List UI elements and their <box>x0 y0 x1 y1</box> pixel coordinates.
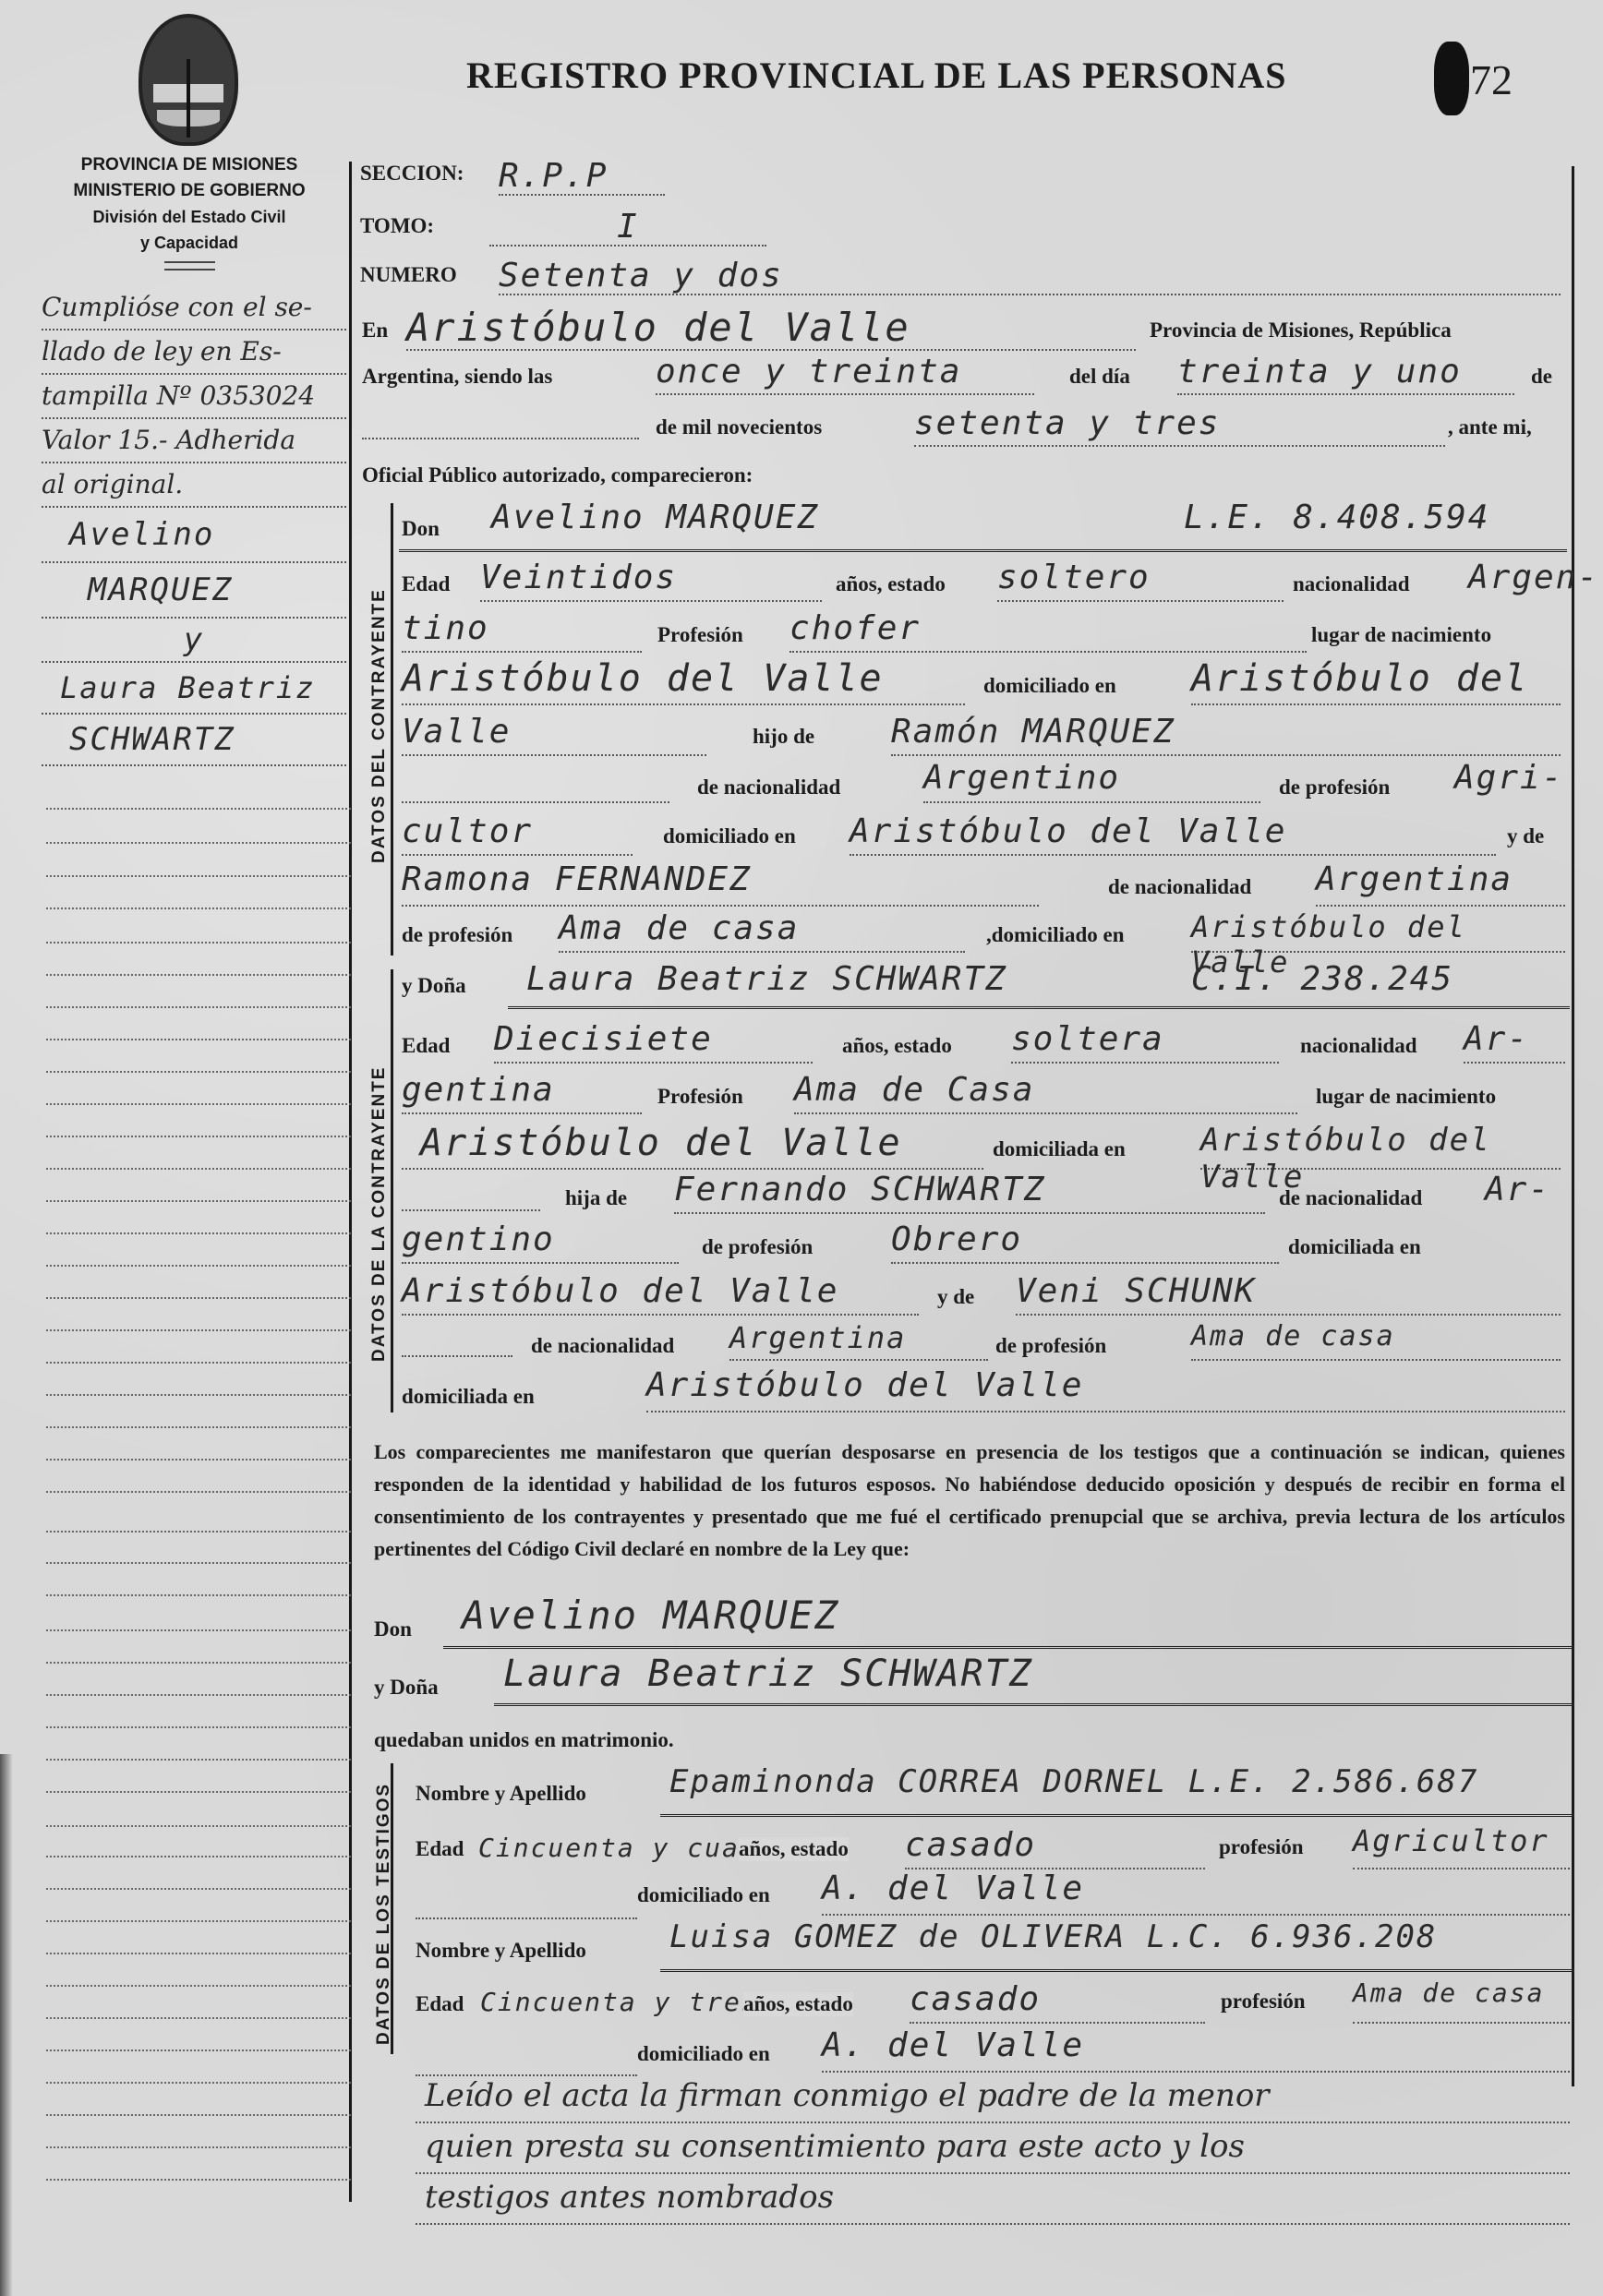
witness-2-estado-value: casado <box>910 1980 1041 2018</box>
margin-note-line: al original. <box>42 463 346 508</box>
contrayenta-padre-prof-value: Obrero <box>891 1220 1022 1258</box>
contrayenta-lugar-nac-field[interactable]: Aristóbulo del Valle <box>402 1122 983 1170</box>
witness-1-profesion-field[interactable]: Agricultor <box>1353 1823 1570 1869</box>
witness-profesion-label-2: profesión <box>1221 1989 1306 2014</box>
y-de-label-2: y de <box>937 1285 974 1309</box>
numero-value: Setenta y dos <box>499 257 783 295</box>
padre-blank <box>402 766 669 803</box>
dia-field[interactable]: treinta y uno <box>1177 353 1514 395</box>
note-line-1-text: Leído el acta la firman conmigo el padre… <box>416 2077 1270 2114</box>
hora-field[interactable]: once y treinta <box>656 353 1034 395</box>
margin-name-line: Avelino <box>42 508 346 563</box>
note-line-2-text: quien presta su consentimiento para este… <box>416 2128 1245 2165</box>
declaration-don-field[interactable]: Avelino MARQUEZ <box>443 1593 1574 1649</box>
witness-1-estado-value: casado <box>905 1826 1036 1864</box>
org-division: División del Estado Civil <box>37 204 342 230</box>
witness-2-estado-field[interactable]: casado <box>910 1980 1205 2024</box>
contrayente-edad-field[interactable]: Veintidos <box>480 559 822 602</box>
witness-dom-label: domiciliado en <box>637 1883 770 1907</box>
witness-2-domicilio-field[interactable]: A. del Valle <box>822 2026 1570 2073</box>
contrayenta-nacionalidad-b[interactable]: gentina <box>402 1071 642 1114</box>
contrayenta-madre-nac-value: Argentina <box>729 1320 906 1355</box>
contrayenta-madre-dom-value: Aristóbulo del Valle <box>646 1366 1083 1404</box>
contrayenta-madre-field[interactable]: Veni SCHUNK <box>1016 1272 1561 1316</box>
declaration-dona-value: Laura Beatriz SCHWARTZ <box>494 1653 1033 1695</box>
contrayenta-padre-value: Fernando SCHWARTZ <box>674 1171 1045 1208</box>
seccion-value: R.P.P <box>499 157 608 195</box>
domiciliada-label: domiciliada en <box>993 1137 1126 1161</box>
nacionalidad-label: nacionalidad <box>1293 572 1410 596</box>
padre-prof-a[interactable]: Agri- <box>1454 759 1563 797</box>
document-title: REGISTRO PROVINCIAL DE LAS PERSONAS <box>466 54 1287 97</box>
anios-estado-label-2: años, estado <box>842 1034 952 1058</box>
contrayenta-padre-field[interactable]: Fernando SCHWARTZ <box>674 1171 1265 1214</box>
lugar-field[interactable]: Aristóbulo del Valle <box>406 305 1136 351</box>
contrayente-nombre-field[interactable]: Avelino MARQUEZ L.E. 8.408.594 <box>399 499 1567 552</box>
contrayenta-padre-nac-a[interactable]: Ar- <box>1485 1171 1550 1208</box>
contrayenta-nombre-value: Laura Beatriz SCHWARTZ <box>526 960 1007 998</box>
note-line-3-text: testigos antes nombrados <box>416 2179 834 2216</box>
org-block: PROVINCIA DE MISIONES MINISTERIO DE GOBI… <box>37 152 342 270</box>
nacionalidad-b-value-2: gentina <box>402 1071 555 1109</box>
witness-2-nombre-value: Luisa GOMEZ de OLIVERA L.C. 6.936.208 <box>660 1918 1437 1955</box>
margin-blank-line <box>46 1168 351 1170</box>
anio-field[interactable]: setenta y tres <box>914 404 1445 447</box>
margin-blank-line <box>46 1426 351 1428</box>
margin-note-line: tampilla Nº 0353024 <box>42 375 346 419</box>
contrayenta-madre-value: Veni SCHUNK <box>1016 1272 1256 1310</box>
padre-nac-b-value: gentino <box>402 1220 555 1258</box>
contrayenta-section-label: DATOS DE LA CONTRAYENTE <box>369 1066 390 1362</box>
witness-nombre-label: Nombre y Apellido <box>416 1782 586 1806</box>
contrayenta-estado-field[interactable]: soltera <box>1011 1020 1279 1064</box>
hija-blank <box>402 1182 540 1211</box>
margin-blank-line <box>46 1200 351 1202</box>
numero-label: NUMERO <box>360 263 457 287</box>
madre-nac-value: Argentina <box>1316 860 1513 898</box>
margin-blank-line <box>46 1726 351 1728</box>
mil-label: de mil novecientos <box>656 415 822 439</box>
margin-blank-line <box>46 1825 351 1827</box>
lugar-value: Aristóbulo del Valle <box>406 305 910 350</box>
margin-blank-line <box>46 1362 351 1364</box>
edad-label-2: Edad <box>402 1034 450 1058</box>
contrayenta-madre-dom-field[interactable]: Aristóbulo del Valle <box>646 1366 1565 1412</box>
main-left-border <box>349 162 352 2202</box>
padre-nac-label: de nacionalidad <box>697 775 840 799</box>
padre-dom-label-2: domiciliada en <box>1288 1235 1421 1259</box>
declaration-don-value: Avelino MARQUEZ <box>443 1593 839 1638</box>
margin-blank-line <box>46 942 351 944</box>
madre-value: Ramona FERNANDEZ <box>402 860 752 898</box>
dia-value: treinta y uno <box>1177 353 1462 391</box>
witness-2-edad-field[interactable]: Cincuenta y tres <box>480 1987 759 2017</box>
contrayenta-lugar-nac-value: Aristóbulo del Valle <box>402 1122 902 1164</box>
witness-anios-estado-label: años, estado <box>739 1837 849 1861</box>
seccion-field[interactable]: R.P.P <box>499 157 665 196</box>
contrayenta-padre-nac-b[interactable]: gentino <box>402 1220 679 1264</box>
witness-1-profesion-value: Agricultor <box>1353 1823 1549 1858</box>
margin-blank-line <box>46 2179 351 2181</box>
margin-blank-line <box>46 1039 351 1040</box>
margin-blank-line <box>46 1006 351 1008</box>
margin-blank-line <box>46 2082 351 2084</box>
contrayente-nacionalidad-b[interactable]: tino <box>402 609 642 653</box>
margin-blank-line <box>46 1491 351 1493</box>
madre-prof-value: Ama de casa <box>559 909 799 947</box>
hija-label: hija de <box>565 1186 627 1210</box>
margin-blank-line <box>46 1329 351 1331</box>
witness-1-estado-field[interactable]: casado <box>905 1826 1205 1869</box>
madre-blank <box>402 1329 512 1357</box>
contrayenta-padre-dom-field[interactable]: Aristóbulo del Valle <box>402 1272 919 1316</box>
contrayente-edad-value: Veintidos <box>480 559 677 596</box>
de-label: de <box>1531 365 1552 389</box>
witness-anios-estado-label-2: años, estado <box>743 1992 853 2016</box>
padre-nac-field[interactable]: Argentino <box>923 759 1260 803</box>
declaration-dona-label: y Doña <box>374 1676 439 1700</box>
contrayenta-domicilio-field[interactable]: Aristóbulo del Valle <box>1200 1122 1561 1170</box>
margin-name-line: MARQUEZ <box>42 563 346 619</box>
declaration-don-label: Don <box>374 1617 412 1641</box>
declaration-closing: quedaban unidos en matrimonio. <box>374 1728 674 1752</box>
declaration-paragraph: Los comparecientes me manifestaron que q… <box>374 1436 1565 1565</box>
madre-dom-label-2: domiciliada en <box>402 1385 535 1409</box>
margin-blank-line <box>46 1232 351 1234</box>
margin-blank-line <box>46 1888 351 1890</box>
padre-nac-value: Argentino <box>923 759 1120 797</box>
witness-nombre-label-2: Nombre y Apellido <box>416 1939 586 1963</box>
profesion-label-2: Profesión <box>657 1085 743 1109</box>
profesion-label: Profesión <box>657 623 743 647</box>
argentina-text: Argentina, siendo las <box>362 365 552 389</box>
edad-label: Edad <box>402 572 450 596</box>
dona-label: y Doña <box>402 974 466 998</box>
margin-blank-line <box>46 1985 351 1987</box>
margin-blank-line <box>46 974 351 976</box>
padre-dom-value: Aristóbulo del Valle <box>850 812 1286 850</box>
margin-blank-line <box>46 808 351 810</box>
org-ministry: MINISTERIO DE GOBIERNO <box>37 178 342 204</box>
note-line-2[interactable]: quien presta su consentimiento para este… <box>416 2128 1570 2174</box>
padre-nac-label-2: de nacionalidad <box>1279 1186 1422 1210</box>
margin-blank-line <box>46 2017 351 2019</box>
margin-blank-line <box>46 1953 351 1954</box>
lugar-nacimiento-label: lugar de nacimiento <box>1311 623 1491 647</box>
margin-blank-line <box>46 842 351 844</box>
contrayenta-edad-value: Diecisiete <box>494 1020 713 1058</box>
margin-blank-line <box>46 1856 351 1857</box>
nacionalidad-label-2: nacionalidad <box>1300 1034 1417 1058</box>
margin-note: Cumplióse con el se- llado de ley en Es-… <box>42 286 346 766</box>
margin-blank-line <box>46 1459 351 1461</box>
witness-1-domicilio-value: A. del Valle <box>822 1869 1084 1907</box>
mes-field[interactable] <box>362 406 639 439</box>
contrayente-lugar-nac-value: Aristóbulo del Valle <box>402 657 884 700</box>
contrayente-lugar-nac-field[interactable]: Aristóbulo del Valle <box>402 657 965 705</box>
witness-edad-label: Edad <box>416 1837 464 1861</box>
numero-field[interactable]: Setenta y dos <box>499 257 1561 295</box>
anio-value: setenta y tres <box>914 404 1220 442</box>
page-edge-shadow <box>0 1754 13 2296</box>
margin-blank-line <box>46 1297 351 1299</box>
witness-2-profesion-field[interactable]: Ama de casa <box>1353 1977 1570 2024</box>
witness-1-blank <box>416 1897 637 1919</box>
hijo-label: hijo de <box>753 725 814 749</box>
domiciliado-label: domiciliado en <box>983 674 1116 698</box>
margin-blank-line <box>46 1662 351 1664</box>
contrayente-estado-field[interactable]: soltero <box>997 559 1284 602</box>
contrayente-domicilio-a[interactable]: Aristóbulo del <box>1191 657 1561 705</box>
margin-blank-line <box>46 1103 351 1105</box>
contrayenta-profesion-value: Ama de Casa <box>794 1071 1034 1109</box>
margin-blank-line <box>46 1629 351 1631</box>
contrayenta-madre-nac-field[interactable]: Argentina <box>729 1320 988 1361</box>
madre-nac-label: de nacionalidad <box>1108 875 1251 899</box>
margin-blank-line <box>46 2114 351 2116</box>
contrayente-border <box>391 503 393 956</box>
contrayente-documento-value: L.E. 8.408.594 <box>1184 499 1489 536</box>
contrayente-profesion-field[interactable]: chofer <box>789 609 1307 653</box>
contrayente-profesion-value: chofer <box>789 609 921 647</box>
en-label: En <box>362 319 388 343</box>
margin-blank-line <box>46 908 351 909</box>
witness-2-domicilio-value: A. del Valle <box>822 2026 1084 2064</box>
contrayenta-documento-value: C.I. 238.245 <box>1191 960 1453 998</box>
declaration-dona-field[interactable]: Laura Beatriz SCHWARTZ <box>494 1653 1574 1706</box>
margin-blank-line <box>46 1531 351 1533</box>
tomo-field[interactable]: I <box>489 208 766 246</box>
del-dia-label: del día <box>1069 365 1130 389</box>
anios-estado-label: años, estado <box>836 572 946 596</box>
witness-edad-label-2: Edad <box>416 1992 464 2016</box>
tomo-label: TOMO: <box>360 214 434 238</box>
margin-blank-line <box>46 1791 351 1793</box>
margin-note-line: Valor 15.- Adherida <box>42 419 346 463</box>
witness-2-nombre-field[interactable]: Luisa GOMEZ de OLIVERA L.C. 6.936.208 <box>660 1918 1574 1972</box>
y-de-label: y de <box>1507 824 1544 848</box>
witness-2-blank <box>416 2054 637 2076</box>
contrayenta-profesion-field[interactable]: Ama de Casa <box>794 1071 1297 1114</box>
madre-nac-label-2: de nacionalidad <box>531 1334 674 1358</box>
contrayente-domicilio-b[interactable]: Valle <box>402 713 706 756</box>
domicilio-a-value: Aristóbulo del <box>1191 657 1528 700</box>
seccion-label: SECCION: <box>360 162 464 186</box>
hora-value: once y treinta <box>656 353 961 391</box>
ink-blot <box>1434 42 1469 115</box>
contrayente-nacionalidad-a[interactable]: Argen- <box>1468 559 1599 596</box>
oficial-text: Oficial Público autorizado, compareciero… <box>362 463 753 487</box>
margin-name-line: Laura Beatriz <box>42 663 346 715</box>
margin-blank-line <box>46 1562 351 1564</box>
org-province: PROVINCIA DE MISIONES <box>37 152 342 178</box>
madre-dom-field[interactable]: Aristóbulo del Valle <box>1191 909 1565 953</box>
margin-note-line: Cumplióse con el se- <box>42 286 346 331</box>
margin-note-line: llado de ley en Es- <box>42 331 346 375</box>
madre-prof-label: de profesión <box>402 923 512 947</box>
margin-name-line: SCHWARTZ <box>42 715 346 766</box>
padre-prof-b[interactable]: cultor <box>402 812 633 856</box>
madre-nac-field[interactable]: Argentina <box>1316 860 1565 907</box>
contrayenta-padre-prof-field[interactable]: Obrero <box>891 1220 1279 1264</box>
provincia-text: Provincia de Misiones, República <box>1150 319 1452 343</box>
padre-prof-label-2: de profesión <box>702 1235 813 1259</box>
margin-blank-line <box>46 1694 351 1696</box>
margin-blank-line <box>46 1071 351 1073</box>
domicilio-b-value: Valle <box>402 713 511 751</box>
padre-prof-b-value: cultor <box>402 812 533 850</box>
contrayenta-nacionalidad-a[interactable]: Ar- <box>1464 1020 1565 1064</box>
margin-blank-line <box>46 2146 351 2148</box>
contrayenta-nombre-field[interactable]: Laura Beatriz SCHWARTZ C.I. 238.245 <box>508 960 1570 1009</box>
margin-blank-line <box>46 1136 351 1137</box>
contrayenta-madre-prof-value: Ama de casa <box>1191 1320 1395 1352</box>
ante-mi-text: , ante mi, <box>1448 415 1532 439</box>
nacionalidad-b-value: tino <box>402 609 489 647</box>
margin-blank-line <box>46 1920 351 1922</box>
margin-blank-line <box>46 1594 351 1596</box>
margin-blank-line <box>46 2050 351 2051</box>
witness-dom-label-2: domiciliado en <box>637 2042 770 2066</box>
madre-field[interactable]: Ramona FERNANDEZ <box>402 860 1039 907</box>
padre-dom-label: domiciliado en <box>663 824 796 848</box>
madre-prof-label-2: de profesión <box>995 1334 1106 1358</box>
tomo-value: I <box>617 208 639 246</box>
padre-nac-a-value: Ar- <box>1485 1171 1550 1208</box>
page-number: 72 <box>1470 55 1513 104</box>
witness-2-edad-value: Cincuenta y tres <box>480 1987 759 2017</box>
padre-field[interactable]: Ramón MARQUEZ <box>891 713 1561 756</box>
madre-prof-field[interactable]: Ama de casa <box>559 909 965 953</box>
madre-dom-label: ,domiciliado en <box>986 923 1125 947</box>
margin-name-line: y <box>42 619 346 663</box>
note-line-3[interactable]: testigos antes nombrados <box>416 2179 1570 2225</box>
lugar-nacimiento-label-2: lugar de nacimiento <box>1316 1085 1496 1109</box>
note-line-1[interactable]: Leído el acta la firman conmigo el padre… <box>416 2077 1570 2123</box>
margin-blank-line <box>46 875 351 877</box>
witness-1-domicilio-field[interactable]: A. del Valle <box>822 1869 1570 1916</box>
margin-blank-line <box>46 1394 351 1396</box>
contrayenta-madre-prof-field[interactable]: Ama de casa <box>1191 1320 1561 1361</box>
padre-prof-a-value: Agri- <box>1454 759 1563 797</box>
nacionalidad-a-value: Argen- <box>1468 559 1599 596</box>
margin-blank-line <box>46 1265 351 1267</box>
contrayente-section-label: DATOS DEL CONTRAYENTE <box>369 588 390 863</box>
nacionalidad-a-value-2: Ar- <box>1464 1020 1529 1058</box>
contrayenta-edad-field[interactable]: Diecisiete <box>494 1020 813 1064</box>
padre-dom-field[interactable]: Aristóbulo del Valle <box>850 812 1496 856</box>
witness-1-nombre-value: Epaminonda CORREA DORNEL L.E. 2.586.687 <box>660 1763 1478 1800</box>
witness-1-nombre-field[interactable]: Epaminonda CORREA DORNEL L.E. 2.586.687 <box>660 1763 1574 1817</box>
contrayenta-padre-dom-value: Aristóbulo del Valle <box>402 1272 838 1310</box>
testigos-section-label: DATOS DE LOS TESTIGOS <box>374 1783 394 2045</box>
contrayenta-border <box>391 969 393 1412</box>
margin-blank-line <box>46 1759 351 1761</box>
witness-2-profesion-value: Ama de casa <box>1353 1977 1544 2008</box>
contrayenta-estado-value: soltera <box>1011 1020 1164 1058</box>
contrayente-estado-value: soltero <box>997 559 1151 596</box>
padre-value: Ramón MARQUEZ <box>891 713 1175 751</box>
contrayente-nombre-value: Avelino MARQUEZ <box>491 499 819 536</box>
coat-of-arms-icon <box>139 14 238 146</box>
padre-prof-label: de profesión <box>1279 775 1390 799</box>
witness-profesion-label: profesión <box>1219 1835 1304 1859</box>
org-divider <box>164 261 215 270</box>
org-capacity: y Capacidad <box>37 230 342 256</box>
